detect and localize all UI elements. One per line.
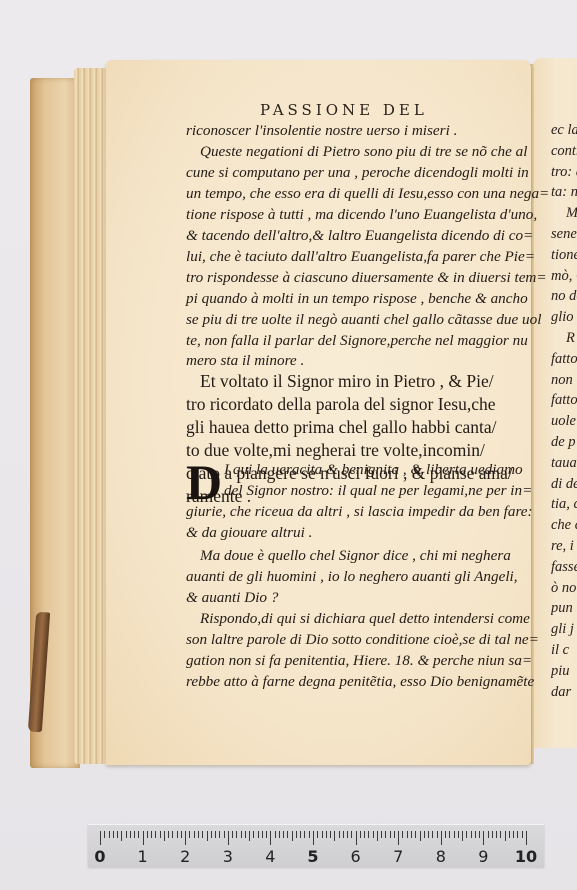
text-line: che c [551,515,577,536]
text-line: gli j [551,619,577,640]
ruler-tick [300,831,301,838]
ruler-tick [177,831,178,838]
ruler-label: 3 [223,847,233,866]
text-line: sene fi [551,224,577,245]
text-line: taua [551,453,577,474]
ruler-label: 5 [307,847,318,866]
ruler-tick [241,831,242,838]
ruler-tick [219,831,220,838]
ruler-tick [522,831,523,838]
ruler-tick [100,831,101,845]
ruler-tick [411,831,412,838]
ruler-tick [113,831,114,838]
ruler-tick [189,831,190,838]
ruler-tick [147,831,148,838]
text-line: Ma doue è quello chel Signor dice , chi … [200,546,530,566]
ruler-tick [143,831,144,845]
text-line: re, i [551,536,577,557]
ruler-tick [420,831,421,841]
ruler-tick [283,831,284,838]
ruler-tick [492,831,493,838]
ruler-tick [151,831,152,838]
text-line: Rispondo,di qui si dichiara quel detto i… [200,609,530,629]
ruler-label: 0 [94,847,105,866]
text-line: tia, c [551,494,577,515]
ruler-tick [130,831,131,838]
ruler-tick [402,831,403,838]
ruler-tick [104,831,105,838]
text-line: to due volte,mi negherai tre volte,incom… [186,439,516,461]
text-line: giurie, che riceua da altri , si lascia … [186,502,516,522]
text-line: pun [551,598,577,619]
ruler-tick [249,831,250,841]
text-line: fatto [551,349,577,370]
ruler-tick [109,831,110,838]
text-line: mò, C [551,266,577,287]
text-line: pi quando à molti in un tempo rispose , … [186,289,516,309]
ruler-tick [428,831,429,838]
ruler-tick [326,831,327,838]
text-line: de p [551,432,577,453]
ruler-tick [517,831,518,838]
ruler-tick [134,831,135,838]
ruler-tick [275,831,276,838]
ruler-tick [253,831,254,838]
ruler-tick [245,831,246,838]
text-line: rebbe atto à farne degna penitẽtia, esso… [186,672,516,692]
ruler-tick [351,831,352,838]
text-line: piu [551,661,577,682]
ruler-tick [368,831,369,838]
ruler-tick [202,831,203,838]
text-line: tione rispose à tutti , ma dicendo l'uno… [186,205,516,225]
ruler-tick [266,831,267,838]
text-line: gli hauea detto prima chel gallo habbi c… [186,416,516,438]
text-line: ò no [551,578,577,599]
text-line: tro: a [551,162,577,183]
ruler-tick [117,831,118,838]
ruler-tick [232,831,233,838]
text-line: son laltre parole di Dio sotto condition… [186,630,516,650]
ruler-label: 4 [265,847,275,866]
ruler-label: 2 [180,847,190,866]
ruler-label: 10 [515,847,537,866]
text-line: fasse [551,557,577,578]
text-line: tro rispondesse à ciascuno diuersamente … [186,268,516,288]
text-line: glio c [551,307,577,328]
text-line: di de [551,474,577,495]
ruler-tick [454,831,455,838]
ruler-tick [198,831,199,838]
ruler-tick [313,831,314,845]
ruler-tick [364,831,365,838]
ruler-tick [279,831,280,838]
ruler-tick [526,831,527,845]
scale-ruler: 012345678910 [88,824,544,867]
ruler-tick [292,831,293,841]
ruler-tick [449,831,450,838]
text-line: Et voltato il Signor miro in Pietro , & … [200,370,530,392]
ruler-tick [479,831,480,838]
ruler-tick [445,831,446,838]
ruler-tick [424,831,425,838]
ruler-tick [168,831,169,838]
drop-cap: D [186,460,222,502]
ruler-tick [360,831,361,838]
ruler-tick [138,831,139,838]
ruler-tick [160,831,161,838]
ruler-tick [496,831,497,838]
text-line: cune si computano per una , peroche dice… [186,163,516,183]
text-line: ta: no [551,182,577,203]
ruler-tick [270,831,271,845]
ruler-tick [228,831,229,845]
text-line: un tempo, che esso era di quelli di Iesu… [186,184,516,204]
ruler-tick [317,831,318,838]
ruler-tick [207,831,208,841]
ruler-label: 6 [351,847,361,866]
text-line: auanti de gli huomini , io lo neghero au… [186,567,516,587]
text-line: & tacendo dell'altro,& laltro Euangelist… [186,226,516,246]
ruler-tick [172,831,173,838]
text-line: uole [551,411,577,432]
ruler-tick [441,831,442,845]
ruler-tick [347,831,348,838]
ruler-label: 1 [138,847,148,866]
text-line: fatto [551,390,577,411]
ruler-label: 9 [478,847,488,866]
ruler-tick [483,831,484,845]
ruler-tick [500,831,501,838]
text-line: I qui la ueracita & benignita , & libert… [224,460,516,480]
text-line: mero sta il minore . [186,351,516,371]
ruler-tick [224,831,225,838]
ruler-tick [236,831,237,838]
ruler-tick [488,831,489,838]
ruler-tick [415,831,416,838]
ruler-tick [509,831,510,838]
ruler-tick [343,831,344,838]
ruler-tick [322,831,323,838]
ruler-tick [390,831,391,838]
text-line: ec la i [551,120,577,141]
ruler-tick [185,831,186,845]
text-line: Queste negationi di Pietro sono piu di t… [200,142,530,162]
ruler-tick [458,831,459,838]
ruler-label: 7 [393,847,403,866]
ruler-tick [505,831,506,841]
ruler-tick [356,831,357,845]
ruler-tick [394,831,395,838]
text-line: no de [551,286,577,307]
ruler-tick [432,831,433,838]
ruler-tick [215,831,216,838]
ruler-tick [287,831,288,838]
ruler-tick [309,831,310,838]
text-line: R [566,328,577,349]
text-line: se piu di tre uolte il negò auanti chel … [186,310,516,330]
text-line: tione [551,245,577,266]
ruler-tick [194,831,195,838]
text-line: riconoscer l'insolentie nostre uerso i m… [186,121,516,141]
text-line: te, non falla il parlar del Signore,perc… [186,331,516,351]
text-line: contr [551,141,577,162]
text-line: M [566,203,577,224]
ruler-tick [334,831,335,841]
ruler-tick [262,831,263,838]
ruler-tick [377,831,378,841]
ruler-tick [471,831,472,838]
ruler-tick [475,831,476,838]
text-line: lui, che è taciuto dall'altro Euangelist… [186,247,516,267]
ruler-tick [330,831,331,838]
ruler-tick [296,831,297,838]
ruler-tick [373,831,374,838]
ruler-tick [513,831,514,838]
ruler-tick [381,831,382,838]
running-head: PASSIONE DEL [260,101,460,119]
text-line: dar [551,682,577,703]
text-line: & da giouare altrui . [186,523,516,543]
ruler-tick [258,831,259,838]
ruler-tick [304,831,305,838]
ruler-tick [181,831,182,838]
ruler-tick [466,831,467,838]
ruler-tick [437,831,438,838]
text-line: tro ricordato della parola del signor Ie… [186,393,516,415]
ruler-tick [385,831,386,838]
ruler-tick [462,831,463,841]
text-line: & auanti Dio ? [186,588,516,608]
text-line: il c [551,640,577,661]
ruler-tick [211,831,212,838]
ruler-label: 8 [436,847,446,866]
ruler-tick [126,831,127,838]
ruler-tick [121,831,122,841]
ruler-tick [155,831,156,838]
text-line: del Signor nostro: il qual ne per legami… [224,481,516,501]
ruler-tick [407,831,408,838]
ruler-tick [398,831,399,845]
ruler-tick [339,831,340,838]
text-line: gation non si fa penitentia, Hiere. 18. … [186,651,516,671]
ruler-tick [164,831,165,841]
text-line: non [551,370,577,391]
